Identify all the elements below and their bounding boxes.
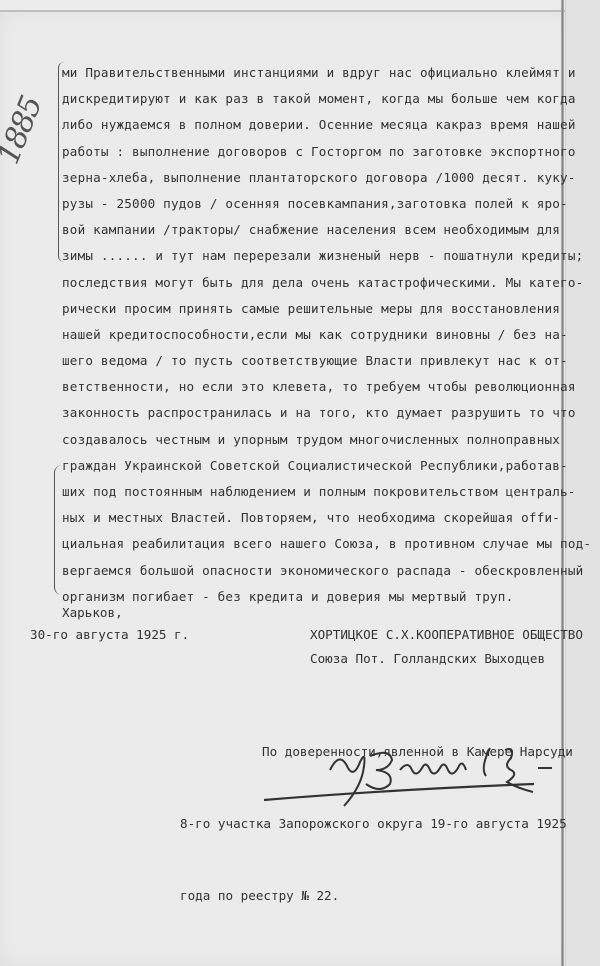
letter-body-line: нашей кредитоспособности,если мы как сот… — [62, 322, 582, 348]
proxy-statement: По доверенности,явленной в Камере Нарсуд… — [180, 692, 573, 956]
letter-body-line: граждан Украинской Советской Социалистич… — [62, 453, 582, 479]
letter-body-line: зимы ...... и тут нам перерезали жизнены… — [62, 243, 582, 269]
letter-body-line: вой кампании /тракторы/ снабжение населе… — [62, 217, 582, 243]
letter-body-line: зерна-хлеба, выполнение плантаторского д… — [62, 165, 582, 191]
letter-body-line: ших под постоянным наблюдением и полным … — [62, 479, 582, 505]
letter-body-line: рически просим принять самые решительные… — [62, 296, 582, 322]
letter-body-line: законность распространилась и на того, к… — [62, 400, 582, 426]
letter-body-line: рузы - 25000 пудов / осенняя посевкампан… — [62, 191, 582, 217]
place-of-writing: Харьков, — [62, 605, 123, 620]
letter-date: 30-го августа 1925 г. — [30, 627, 189, 642]
letter-body-line: ми Правительственными инстанциями и вдру… — [62, 60, 582, 86]
letter-body-line: шего ведома / то пусть соответствующие В… — [62, 348, 582, 374]
proxy-line: года по реестру № 22. — [180, 884, 573, 908]
letter-body-line: работы : выполнение договоров с Госторго… — [62, 139, 582, 165]
organization-name: ХОРТИЦКОЕ С.Х.КООПЕРАТИВНОЕ ОБЩЕСТВО — [310, 627, 583, 642]
letter-body-line: ветственности, но если это клевета, то т… — [62, 374, 582, 400]
letter-body-line: вергаемся большой опасности экономическо… — [62, 558, 582, 584]
paper-top-edge — [0, 10, 600, 12]
letter-body-line: ных и местных Властей. Повторяем, что не… — [62, 505, 582, 531]
letter-body: ми Правительственными инстанциями и вдру… — [62, 60, 582, 610]
proxy-line: 8-го участка Запорожского округа 19-го а… — [180, 812, 573, 836]
letter-body-line: либо нуждаемся в полном доверии. Осенние… — [62, 112, 582, 138]
letter-body-line: дискредитируют и как раз в такой момент,… — [62, 86, 582, 112]
letter-body-line: последствия могут быть для дела очень ка… — [62, 270, 582, 296]
document-page: 1885 ми Правительственными инстанциями и… — [0, 0, 600, 966]
organization-union: Союза Пот. Голландских Выходцев — [310, 651, 545, 666]
letter-body-line: циальная реабилитация всего нашего Союза… — [62, 531, 582, 557]
letter-body-line: организм погибает - без кредита и довери… — [62, 584, 582, 610]
handwritten-signature — [260, 740, 580, 810]
letter-body-line: создавалось честным и упорным трудом мно… — [62, 427, 582, 453]
